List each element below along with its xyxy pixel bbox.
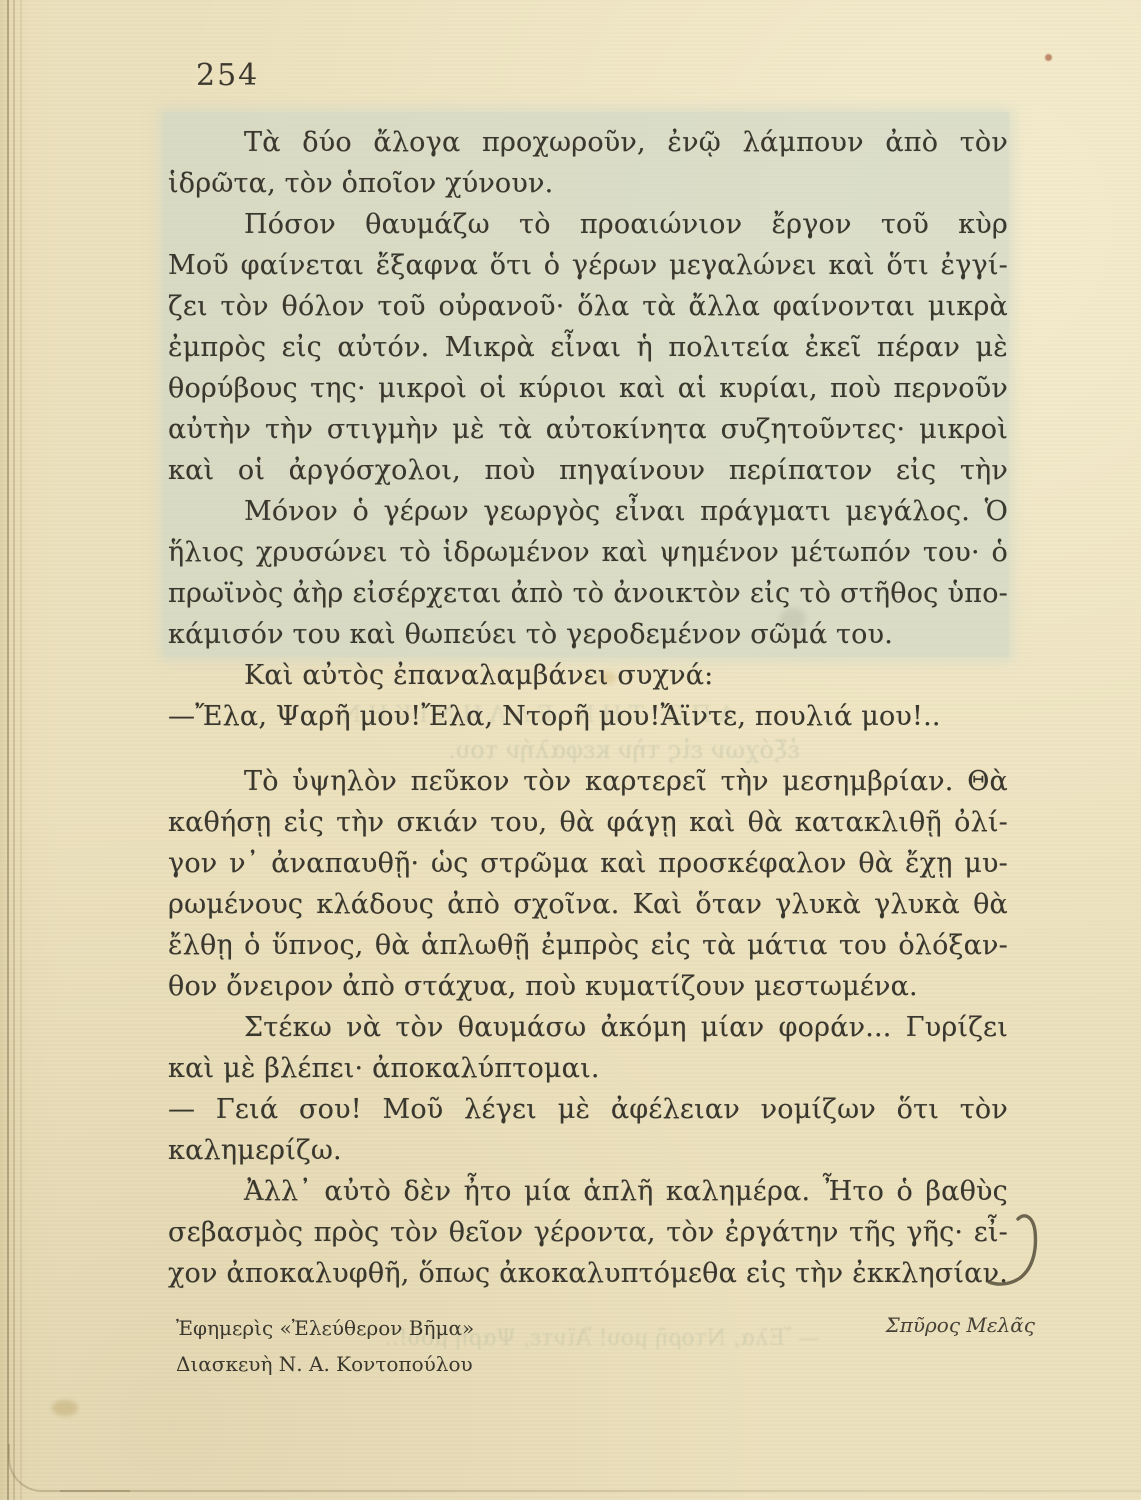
text-line: ἔλθῃ ὁ ὕπνος, θὰ ἁπλωθῇ ἐμπρὸς εἰς τὰ μά…: [168, 925, 1008, 966]
text-line: χον ἀποκαλυφθῆ, ὅπως ἀκοκαλυπτόμεθα εἰς …: [168, 1253, 1008, 1294]
handwritten-bracket-mark: [980, 1195, 1050, 1295]
paper-stain: [52, 1400, 78, 1416]
text-line: καὶ οἱ ἀργόσχολοι, ποὺ πηγαίνουν περίπατ…: [168, 450, 1008, 491]
text-line: Ἀλλ᾽ αὐτὸ δὲν ἦτο μία ἁπλῆ καλημέρα. Ἦτο…: [168, 1171, 1008, 1212]
page-gutter-line: [20, 0, 22, 1500]
scanned-book-page: { "page": { "number": "254", "lines": [ …: [0, 0, 1141, 1500]
text-line: αὐτὴν τὴν στιγμὴν μὲ τὰ αὐτοκίνητα συζητ…: [168, 409, 1008, 450]
text-line: Στέκω νὰ τὸν θαυμάσω ἀκόμη μίαν φοράν...…: [168, 1007, 1008, 1048]
page-number: 254: [196, 58, 259, 93]
text-line: καὶ μὲ βλέπει· ἀποκαλύπτομαι.: [168, 1048, 1008, 1089]
page-gutter-line: [13, 0, 15, 1500]
text-line: κάμισόν του καὶ θωπεύει τὸ γεροδεμένον σ…: [168, 614, 1008, 655]
text-line: θορύβους της· μικροὶ οἱ κύριοι καὶ αἱ κυ…: [168, 368, 1008, 409]
text-line: — Γειά σου! Μοῦ λέγει μὲ ἀφέλειαν νομίζω…: [168, 1089, 1008, 1130]
footer-source-line: Ἐφημερὶς «Ἐλεύθερον Βῆμα»: [176, 1316, 474, 1340]
text-line: θον ὄνειρον ἀπὸ στάχυα, ποὺ κυματίζουν μ…: [168, 966, 1008, 1007]
footer-source-line: Διασκευὴ Ν. Α. Κοντοπούλου: [176, 1352, 473, 1376]
text-line: σεβασμὸς πρὸς τὸν θεῖον γέροντα, τὸν ἐργ…: [168, 1212, 1008, 1253]
paper-speck: [1045, 54, 1052, 61]
text-line: ζει τὸν θόλον τοῦ οὐρανοῦ· ὅλα τὰ ἄλλα φ…: [168, 286, 1008, 327]
footer-author-name: Σπῦρος Μελᾶς: [886, 1313, 1035, 1337]
text-line: Καὶ αὐτὸς ἐπαναλαμβάνει συχνά:: [168, 655, 1008, 696]
text-line: καλημερίζω.: [168, 1130, 1008, 1171]
text-line: Πόσον θαυμάζω τὸ προαιώνιον ἔργον τοῦ κὺ…: [168, 204, 1008, 245]
page-bottom-edge: [60, 1490, 1141, 1492]
page-background: ΑΠΟ ΤΗΝ ΕΛΛΗΝΙΚΗΝ ἐξόχων εἰς τὴν κεφαλήν…: [0, 0, 1141, 1500]
text-line: ρωμένους κλάδους ἀπὸ σχοῖνα. Καὶ ὅταν γλ…: [168, 884, 1008, 925]
page-gutter-line: [7, 0, 9, 1500]
text-line: πρωϊνὸς ἀὴρ εἰσέρχεται ἀπὸ τὸ ἀνοικτὸν ε…: [168, 573, 1008, 614]
text-line: Τὸ ὑψηλὸν πεῦκον τὸν καρτερεῖ τὴν μεσημβ…: [168, 761, 1008, 802]
text-line: ἐμπρὸς εἰς αὐτόν. Μικρὰ εἶναι ἡ πολιτεία…: [168, 327, 1008, 368]
text-line: καθήσῃ εἰς τὴν σκιάν του, θὰ φάγῃ καὶ θὰ…: [168, 802, 1008, 843]
text-line: Μοῦ φαίνεται ἔξαφνα ὅτι ὁ γέρων μεγαλώνε…: [168, 245, 1008, 286]
text-line: ἥλιος χρυσώνει τὸ ἱδρωμένον καὶ ψημένον …: [168, 532, 1008, 573]
text-line: ἱδρῶτα, τὸν ὁποῖον χύνουν.: [168, 163, 1008, 204]
text-line: Μόνον ὁ γέρων γεωργὸς εἶναι πράγματι μεγ…: [168, 491, 1008, 532]
text-column: Τὰ δύο ἄλογα προχωροῦν, ἐνῷ λάμπουν ἀπὸ …: [168, 122, 1008, 1294]
text-line: —Ἔλα, Ψαρῆ μου!Ἔλα, Ντορῆ μου!Ἄϊντε, που…: [168, 696, 1008, 737]
page-bottom-corner-edge: [8, 1444, 130, 1492]
text-line: γον ν᾽ ἀναπαυθῇ· ὡς στρῶμα καὶ προσκέφαλ…: [168, 843, 1008, 884]
text-line: Τὰ δύο ἄλογα προχωροῦν, ἐνῷ λάμπουν ἀπὸ …: [168, 122, 1008, 163]
